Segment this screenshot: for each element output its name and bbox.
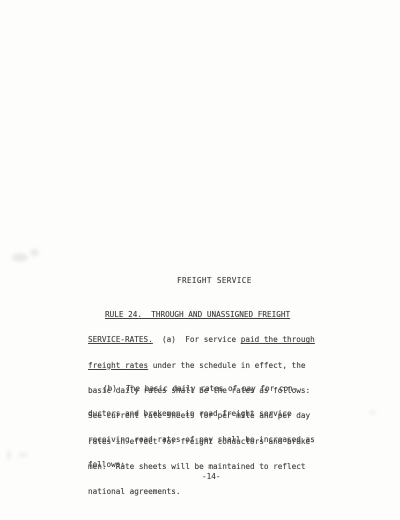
- scan-smudge: [7, 450, 11, 460]
- page-title: FREIGHT SERVICE: [177, 277, 252, 285]
- rule-title-continuation: SERVICE-RATES.: [88, 335, 153, 344]
- scan-smudge: [12, 253, 28, 262]
- page-number: -14-: [202, 473, 221, 481]
- scanned-document-page: FREIGHT SERVICE RULE 24. THROUGH AND UNA…: [0, 0, 400, 520]
- text-line: follows:: [88, 461, 315, 469]
- body-text: (a) For service: [153, 335, 241, 344]
- text-line: SERVICE-RATES. (a) For service paid the …: [88, 336, 315, 344]
- paragraph-b: (b) The basic daily rates of pay for con…: [88, 368, 315, 486]
- scan-smudge: [30, 249, 39, 256]
- emphasized-text: paid the through: [241, 335, 315, 344]
- text-line: ductors and brakemen in road freight ser…: [88, 410, 315, 418]
- text-line: national agreements.: [88, 488, 315, 496]
- text-line: RULE 24. THROUGH AND UNASSIGNED FREIGHT: [88, 311, 315, 319]
- text-line: receiving road rates of pay shall be inc…: [88, 436, 315, 444]
- scan-smudge: [369, 410, 376, 415]
- scan-smudge: [18, 452, 28, 458]
- rule-number-heading: RULE 24. THROUGH AND UNASSIGNED FREIGHT: [105, 310, 290, 319]
- text-line: (b) The basic daily rates of pay for con…: [88, 385, 315, 393]
